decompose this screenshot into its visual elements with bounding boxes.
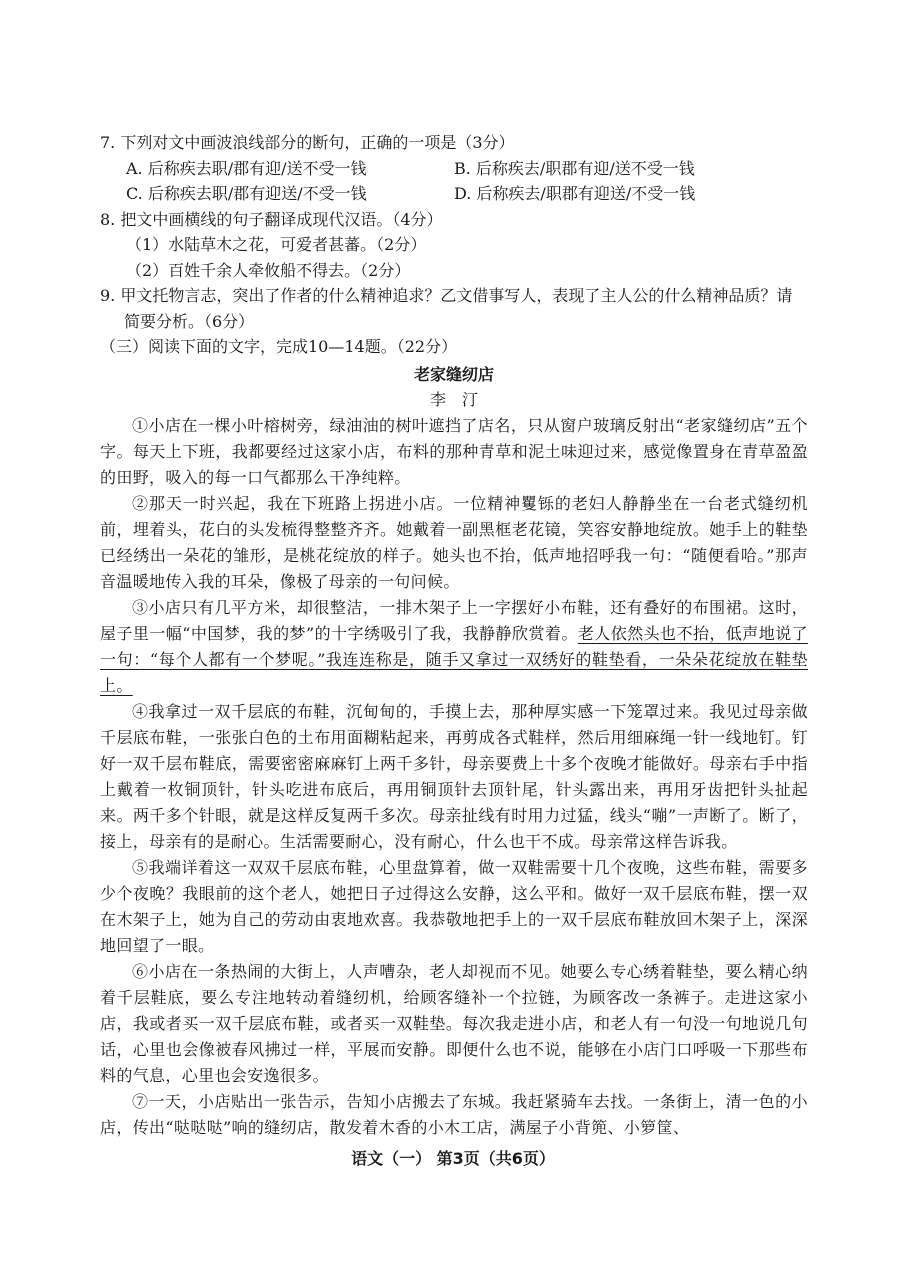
option-d: D. 后称疾去/职郡有迎送/不受一钱 (454, 181, 782, 207)
question-7-stem: 7. 下列对文中画波浪线部分的断句，正确的一项是（3分） (100, 130, 808, 156)
article-author: 李汀 (100, 387, 808, 413)
question-7-options-row-1: A. 后称疾去职/郡有迎/送不受一钱 B. 后称疾去/职郡有迎/送不受一钱 (100, 156, 808, 182)
question-7-options-row-2: C. 后称疾去职/郡有迎送/不受一钱 D. 后称疾去/职郡有迎送/不受一钱 (100, 181, 808, 207)
option-c: C. 后称疾去职/郡有迎送/不受一钱 (126, 181, 454, 207)
page-footer: 语文（一） 第3页（共6页） (0, 1146, 906, 1169)
option-a: A. 后称疾去职/郡有迎/送不受一钱 (126, 156, 454, 182)
option-b: B. 后称疾去/职郡有迎/送不受一钱 (454, 156, 782, 182)
question-9-stem: 9. 甲文托物言志，突出了作者的什么精神追求？乙文借事写人，表现了主人公的什么精… (100, 283, 808, 334)
section-heading: （三）阅读下面的文字，完成10—14题。（22分） (100, 334, 808, 360)
question-8-item-2: （2）百姓千余人牵攸船不得去。（2分） (100, 258, 808, 284)
paragraph-4: ④我拿过一双千层底的布鞋，沉甸甸的，手摸上去，那种厚实感一下笼罩过来。我见过母亲… (100, 699, 808, 855)
question-8-stem: 8. 把文中画横线的句子翻译成现代汉语。（4分） (100, 207, 808, 233)
paragraph-6: ⑥小店在一条热闹的大街上，人声嘈杂，老人却视而不见。她要么专心绣着鞋垫，要么精心… (100, 959, 808, 1089)
paragraph-3: ③小店只有几平方米，却很整洁，一排木架子上一字摆好小布鞋，还有叠好的布围裙。这时… (100, 595, 808, 699)
paragraph-5: ⑤我端详着这一双双千层底布鞋，心里盘算着，做一双鞋需要十几个夜晚，这些布鞋，需要… (100, 855, 808, 959)
paragraph-1: ①小店在一棵小叶榕树旁，绿油油的树叶遮挡了店名，只从窗户玻璃反射出“老家缝纫店”… (100, 413, 808, 491)
paragraph-2: ②那天一时兴起，我在下班路上拐进小店。一位精神矍铄的老妇人静静坐在一台老式缝纫机… (100, 491, 808, 595)
article-title: 老家缝纫店 (100, 362, 808, 388)
exam-page-content: 7. 下列对文中画波浪线部分的断句，正确的一项是（3分） A. 后称疾去职/郡有… (100, 130, 808, 1141)
paragraph-7: ⑦一天，小店贴出一张告示，告知小店搬去了东城。我赶紧骑车去找。一条街上，清一色的… (100, 1089, 808, 1141)
question-8-item-1: （1）水陆草木之花，可爱者甚蕃。（2分） (100, 232, 808, 258)
